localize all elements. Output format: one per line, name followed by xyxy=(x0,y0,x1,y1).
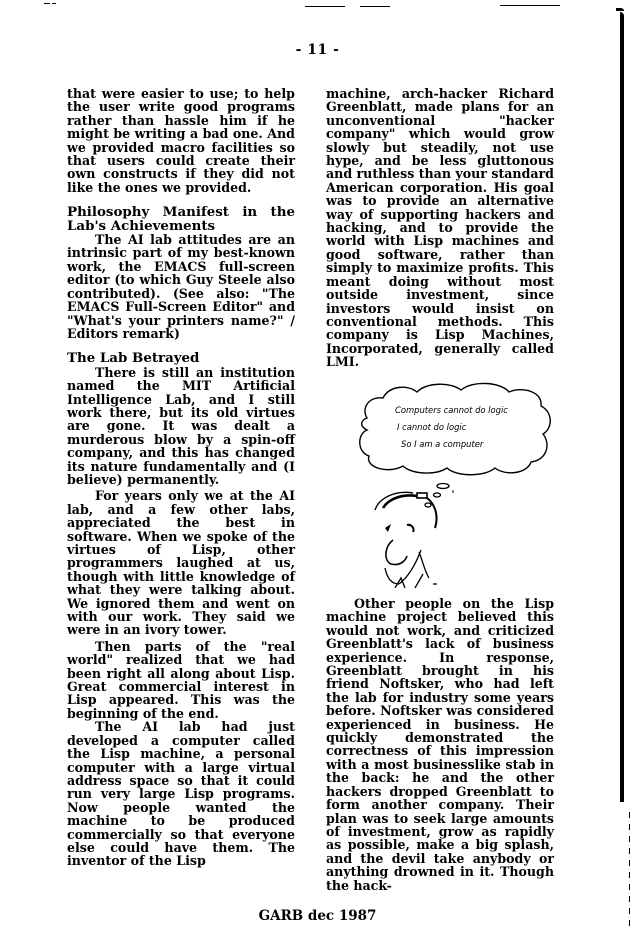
section-heading-philosophy: Philosophy Manifest in the Lab's Achieve… xyxy=(67,206,295,233)
paragraph-lisp-machine: The AI lab had just developed a computer… xyxy=(67,720,295,867)
right-column-lower: Other people on the Lisp machine project… xyxy=(326,597,554,892)
section-heading-lab-betrayed: The Lab Betrayed xyxy=(67,352,295,365)
paragraph-emacs: The AI lab attitudes are an intrinsic pa… xyxy=(67,233,295,340)
bubble-line-3: So I am a computer xyxy=(401,439,483,449)
paragraph-institution: There is still an institution named the … xyxy=(67,366,295,487)
scanned-page: - 11 - that were easier to use; to help … xyxy=(0,0,635,939)
page-footer: GARB dec 1987 xyxy=(0,908,635,924)
page-number: - 11 - xyxy=(0,42,635,58)
bubble-line-2: I cannot do logic xyxy=(397,422,466,432)
intro-paragraph: that were easier to use; to help the use… xyxy=(67,87,295,194)
cartoon-illustration: Computers cannot do logic I cannot do lo… xyxy=(355,378,565,588)
left-column: that were easier to use; to help the use… xyxy=(67,87,295,868)
page-edge-shadow xyxy=(616,8,624,808)
bubble-line-1: Computers cannot do logic xyxy=(395,405,508,415)
right-column: machine, arch-hacker Richard Greenblatt,… xyxy=(326,87,554,369)
paragraph-noftsker: Other people on the Lisp machine project… xyxy=(326,597,554,892)
paragraph-ivory-tower: For years only we at the AI lab, and a f… xyxy=(67,489,295,636)
paragraph-real-world: Then parts of the "real world" realized … xyxy=(67,640,295,720)
paragraph-greenblatt: machine, arch-hacker Richard Greenblatt,… xyxy=(326,87,554,369)
scan-artifacts-top xyxy=(0,0,635,12)
